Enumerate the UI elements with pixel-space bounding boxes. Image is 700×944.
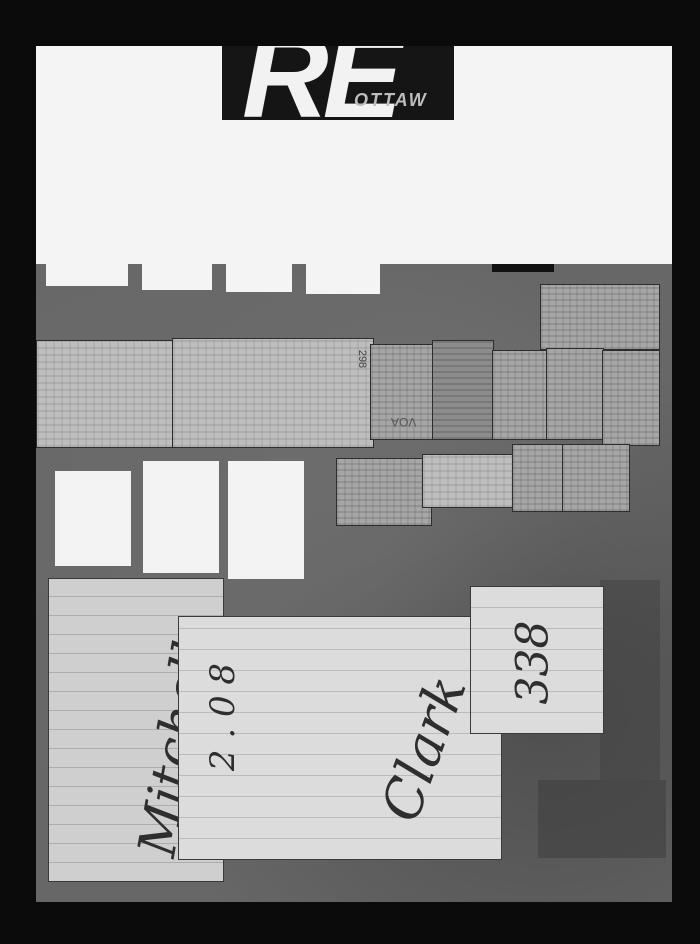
ledger-card xyxy=(422,454,514,508)
card-letters: VOA xyxy=(391,415,416,429)
white-window xyxy=(55,471,131,566)
top-gap xyxy=(306,264,380,294)
banner-fragment: RE OTTAW xyxy=(222,46,454,120)
ledger-card xyxy=(546,348,604,440)
top-gap xyxy=(142,264,212,290)
ledger-card xyxy=(336,458,432,526)
ledger-card xyxy=(512,444,564,512)
dark-patch xyxy=(600,580,660,780)
black-bar xyxy=(492,264,554,272)
top-gap xyxy=(46,264,128,286)
dark-patch xyxy=(538,780,666,858)
ledger-card xyxy=(36,340,178,448)
handwriting-center-right: Clark xyxy=(369,668,479,830)
ledger-card xyxy=(562,444,630,512)
ledger-card xyxy=(540,284,660,350)
ledger-card xyxy=(492,350,550,440)
ledger-card xyxy=(602,350,660,446)
handwriting-right: 338 xyxy=(507,621,558,705)
ledger-card xyxy=(432,340,494,440)
handwriting-center-left: 2 . 0 8 xyxy=(203,663,243,771)
ledger-card: 298 xyxy=(172,338,374,448)
banner-small-text: OTTAW xyxy=(354,90,428,111)
handwritten-paper-right: 338 xyxy=(470,586,604,734)
card-number: 298 xyxy=(356,350,368,368)
white-window xyxy=(228,461,304,579)
white-window xyxy=(143,461,219,573)
top-gap xyxy=(226,264,292,292)
ledger-card: VOA xyxy=(370,344,436,440)
handwritten-paper-center: 2 . 0 8 Clark xyxy=(178,616,502,860)
